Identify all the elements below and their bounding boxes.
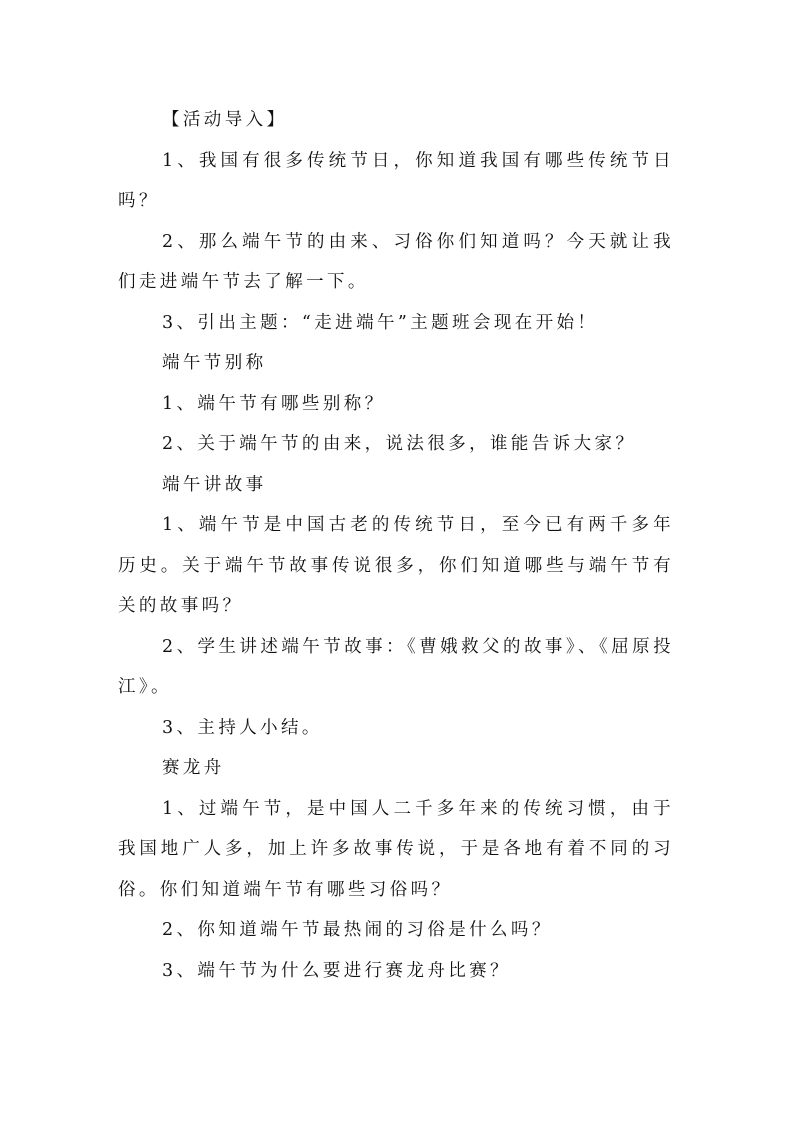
document-page: 【活动导入】 1、我国有很多传统节日，你知道我国有哪些传统节日吗？ 2、那么端午… (118, 100, 674, 991)
paragraph: 1、过端午节，是中国人二千多年来的传统习惯，由于我国地广人多，加上许多故事传说，… (118, 789, 674, 911)
paragraph: 2、那么端午节的由来、习俗你们知道吗？今天就让我们走进端午节去了解一下。 (118, 222, 674, 303)
paragraph: 3、引出主题：“走进端午”主题班会现在开始！ (118, 303, 674, 344)
paragraph: 2、学生讲述端午节故事：《曹娥救父的故事》、《屈原投江》。 (118, 627, 674, 708)
paragraph: 2、关于端午节的由来，说法很多，谁能告诉大家？ (118, 424, 674, 465)
paragraph: 1、端午节是中国古老的传统节日，至今已有两千多年历史。关于端午节故事传说很多，你… (118, 505, 674, 627)
section-heading-stories: 端午讲故事 (118, 465, 674, 506)
paragraph: 3、端午节为什么要进行赛龙舟比赛？ (118, 951, 674, 992)
section-heading-aliases: 端午节别称 (118, 343, 674, 384)
paragraph: 2、你知道端午节最热闹的习俗是什么吗？ (118, 910, 674, 951)
paragraph: 1、我国有很多传统节日，你知道我国有哪些传统节日吗？ (118, 141, 674, 222)
section-heading-activity-intro: 【活动导入】 (118, 100, 674, 141)
section-heading-dragon-boat: 赛龙舟 (118, 748, 674, 789)
paragraph: 3、主持人小结。 (118, 708, 674, 749)
paragraph: 1、端午节有哪些别称？ (118, 384, 674, 425)
